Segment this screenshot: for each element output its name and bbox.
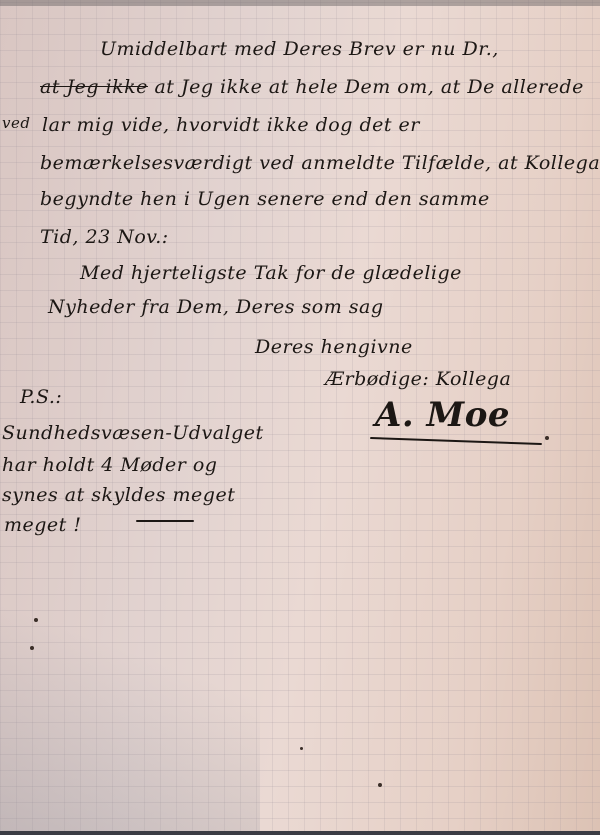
letter-line-6: Tid, 23 Nov.: [40,226,169,248]
postscript-label: P.S.: [20,386,62,408]
struck-text: at Jeg ikke [40,76,148,98]
closing-line-2: Nyheder fra Dem, Deres som sag [48,296,384,318]
postscript-dash [136,520,194,522]
letter-line-3: lar mig vide, hvorvidt ikke dog det er [42,114,420,136]
ink-speck [30,646,34,650]
scan-top-edge [0,0,600,6]
signature: A. Moe [375,395,510,435]
postscript-line-2: har holdt 4 Møder og [2,454,217,476]
postscript-line-4: meget ! [4,514,81,536]
letter-line-2: at Jeg ikke at Jeg ikke at hele Dem om, … [40,76,584,98]
postscript-line-1: Sundhedsvæsen-Udvalget [2,422,264,444]
postscript-line-3: synes at skyldes meget [2,484,235,506]
closing-line-1: Med hjerteligste Tak for de glædelige [80,262,462,284]
scan-bottom-edge [0,831,600,835]
valediction-line-1: Deres hengivne [255,336,413,358]
ink-speck [34,618,38,622]
paper-shadow [0,600,260,835]
margin-note: ved [2,114,30,132]
letter-line-1: Umiddelbart med Deres Brev er nu Dr., [100,38,499,60]
letter-line-4: bemærkelsesværdigt ved anmeldte Tilfælde… [40,152,600,174]
letter-line-2-text: at Jeg ikke at hele Dem om, at De allere… [154,76,583,98]
signature-period [545,436,549,440]
ink-speck [300,747,303,750]
ink-speck [378,783,382,787]
letter-line-5: begyndte hen i Ugen senere end den samme [40,188,490,210]
valediction-line-2: Ærbødige: Kollega [325,368,511,390]
